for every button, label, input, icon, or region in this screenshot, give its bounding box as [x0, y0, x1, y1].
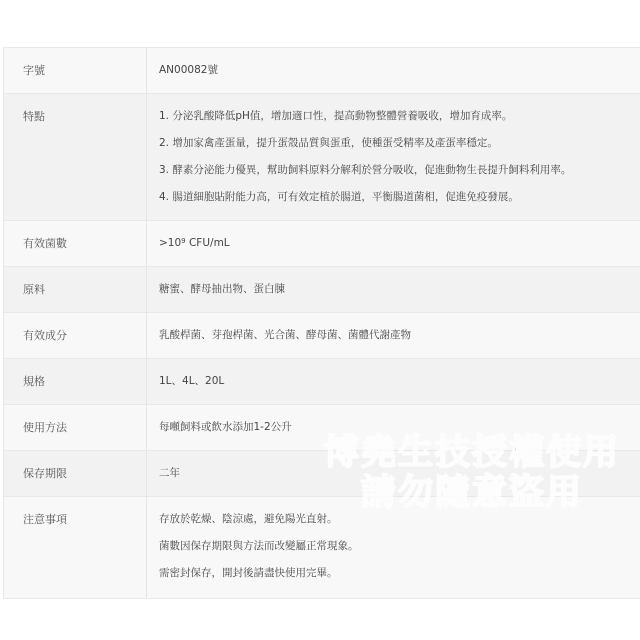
spec-label: 原料 [4, 267, 147, 312]
product-spec-table: 字號 AN00082號 特點 1. 分泌乳酸降低pH值，增加適口性，提高動物整體… [3, 47, 640, 599]
spec-label: 注意事項 [4, 497, 147, 598]
spec-value: AN00082號 [147, 48, 640, 93]
spec-row-bacteria-count: 有效菌數 >109 CFU/mL [4, 221, 640, 267]
spec-value-list: 1. 分泌乳酸降低pH值，增加適口性，提高動物整體營養吸收，增加育成率。 2. … [147, 94, 640, 220]
spec-value: 糖蜜、酵母抽出物、蛋白腖 [147, 267, 640, 312]
copyright-watermark: 博堯生技授權使用 請勿隨意盜用 [304, 433, 640, 513]
spec-label: 有效菌數 [4, 221, 147, 266]
spec-label: 特點 [4, 94, 147, 220]
feature-item: 2. 增加家禽產蛋量，提升蛋殼品質與蛋重，使種蛋受精率及產蛋率穩定。 [159, 130, 640, 157]
note-item: 菌數因保存期限與方法而改變屬正常現象。 [159, 533, 640, 560]
spec-label: 保存期限 [4, 451, 147, 496]
note-item: 需密封保存，開封後請盡快使用完畢。 [159, 560, 640, 587]
spec-label: 有效成分 [4, 313, 147, 358]
spec-row-license: 字號 AN00082號 [4, 48, 640, 94]
feature-item: 4. 腸道細胞貼附能力高，可有效定植於腸道，平衡腸道菌相，促進免疫發展。 [159, 184, 640, 211]
spec-row-features: 特點 1. 分泌乳酸降低pH值，增加適口性，提高動物整體營養吸收，增加育成率。 … [4, 94, 640, 221]
spec-label: 字號 [4, 48, 147, 93]
spec-value: >109 CFU/mL [147, 221, 640, 266]
watermark-line-2: 請勿隨意盜用 [304, 473, 640, 513]
feature-item: 1. 分泌乳酸降低pH值，增加適口性，提高動物整體營養吸收，增加育成率。 [159, 103, 640, 130]
watermark-line-1: 博堯生技授權使用 [304, 433, 640, 473]
spec-label: 規格 [4, 359, 147, 404]
spec-row-sizes: 規格 1L、4L、20L [4, 359, 640, 405]
feature-item: 3. 酵素分泌能力優異，幫助飼料原料分解利於營分吸收，促進動物生長提升飼料利用率… [159, 157, 640, 184]
spec-row-active-components: 有效成分 乳酸桿菌、芽孢桿菌、光合菌、酵母菌、菌體代謝產物 [4, 313, 640, 359]
count-prefix: >10 [159, 237, 181, 249]
spec-row-ingredients: 原料 糖蜜、酵母抽出物、蛋白腖 [4, 267, 640, 313]
count-exponent: 9 [181, 237, 185, 245]
spec-value: 1L、4L、20L [147, 359, 640, 404]
spec-label: 使用方法 [4, 405, 147, 450]
spec-value: 乳酸桿菌、芽孢桿菌、光合菌、酵母菌、菌體代謝產物 [147, 313, 640, 358]
count-unit: CFU/mL [186, 237, 230, 249]
